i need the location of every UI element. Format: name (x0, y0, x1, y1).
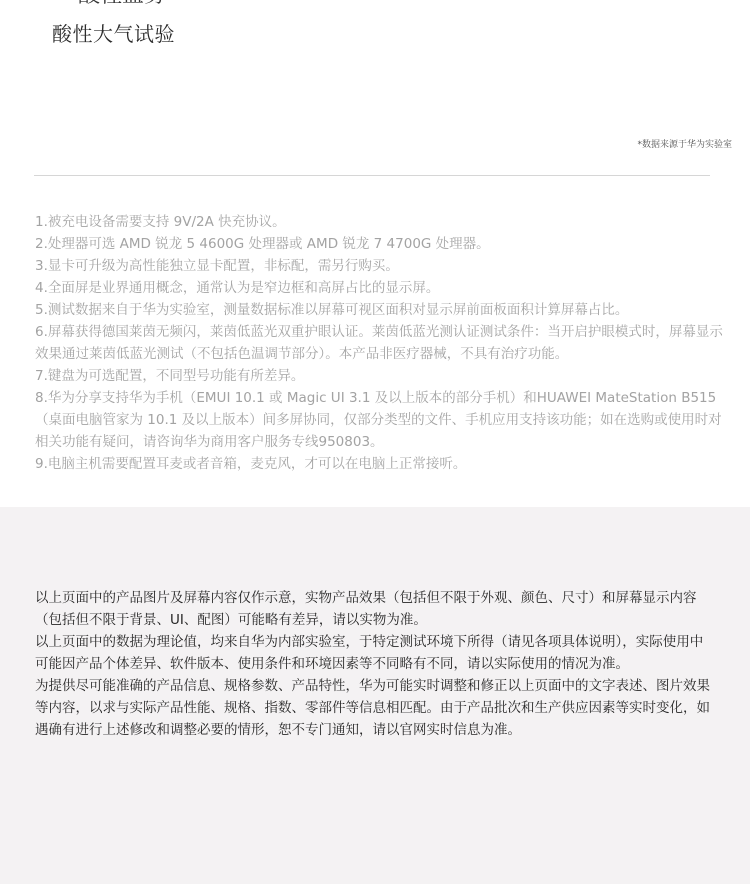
footnote-item: 6.屏幕获得德国莱茵无频闪，莱茵低蓝光双重护眼认证。莱茵低蓝光测认证测试条件：当… (35, 321, 727, 365)
footnote-item: 2.处理器可选 AMD 锐龙 5 4600G 处理器或 AMD 锐龙 7 470… (35, 233, 727, 255)
footnotes-list: 1.被充电设备需要支持 9V/2A 快充协议。 2.处理器可选 AMD 锐龙 5… (35, 211, 727, 475)
disclaimer-paragraph: 为提供尽可能准确的产品信息、规格参数、产品特性，华为可能实时调整和修正以上页面中… (35, 675, 715, 741)
footnote-item: 7.键盘为可选配置，不同型号功能有所差异。 (35, 365, 727, 387)
product-feature-section: 酸性盐雾 酸性大气试验 *数据来源于华为实验室 1.被充电设备需要支持 9V/2… (0, 0, 750, 507)
footnote-item: 8.华为分享支持华为手机（EMUI 10.1 或 Magic UI 3.1 及以… (35, 387, 727, 453)
footnote-item: 5.测试数据来自于华为实验室，测量数据标准以屏幕可视区面积对显示屏前面板面积计算… (35, 299, 727, 321)
footnote-item: 3.显卡可升级为高性能独立显卡配置，非标配，需另行购买。 (35, 255, 727, 277)
feature-heading: 酸性盐雾 (78, 0, 166, 8)
footnote-item: 4.全面屏是业界通用概念，通常认为是窄边框和高屏占比的显示屏。 (35, 277, 727, 299)
footnote-item: 9.电脑主机需要配置耳麦或者音箱，麦克风，才可以在电脑上正常接听。 (35, 453, 727, 475)
data-source-note: *数据来源于华为实验室 (637, 139, 732, 151)
disclaimer-section: 以上页面中的产品图片及屏幕内容仅作示意，实物产品效果（包括但不限于外观、颜色、尺… (0, 507, 750, 884)
footnote-item: 1.被充电设备需要支持 9V/2A 快充协议。 (35, 211, 727, 233)
disclaimer-paragraph: 以上页面中的数据为理论值，均来自华为内部实验室，于特定测试环境下所得（请见各项具… (35, 631, 715, 675)
disclaimer-paragraph: 以上页面中的产品图片及屏幕内容仅作示意，实物产品效果（包括但不限于外观、颜色、尺… (35, 587, 715, 631)
disclaimer-text: 以上页面中的产品图片及屏幕内容仅作示意，实物产品效果（包括但不限于外观、颜色、尺… (35, 587, 715, 741)
section-divider (34, 175, 710, 176)
feature-subtitle: 酸性大气试验 (52, 20, 175, 48)
